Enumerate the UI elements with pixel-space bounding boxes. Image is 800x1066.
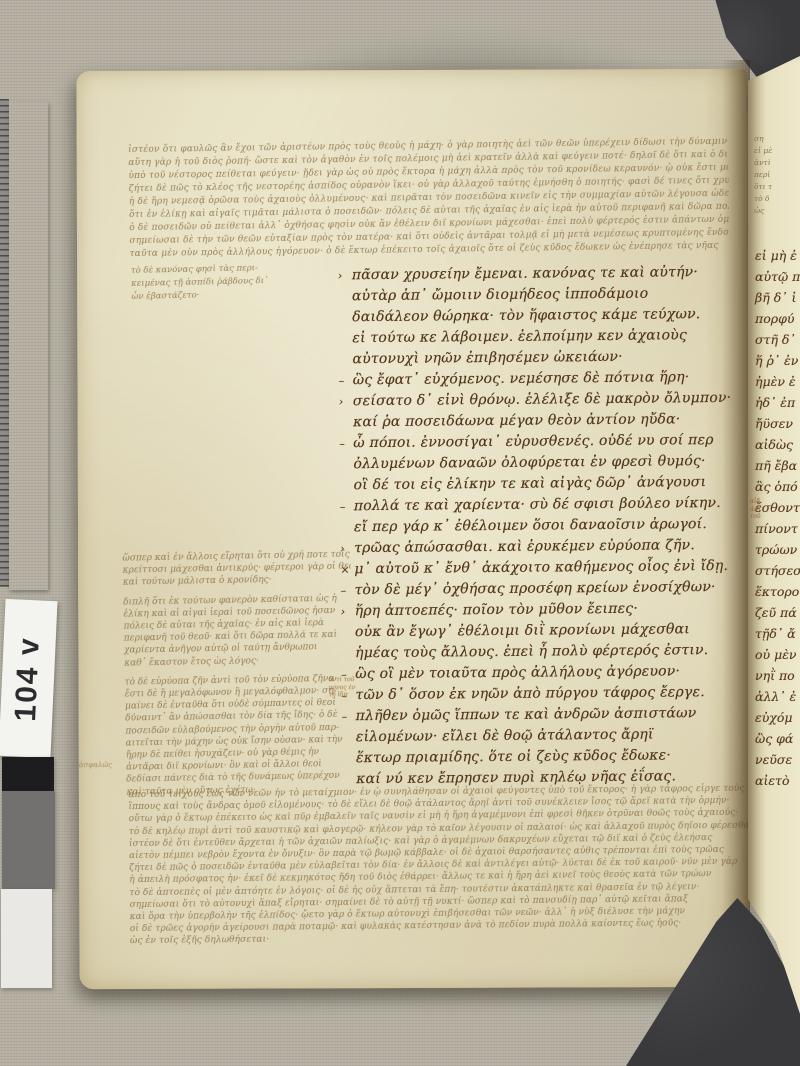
main-text-line: ›σείσατο δ᾽ εἰνὶ θρόνῳ. ἐλέλιξε δὲ μακρὸ… bbox=[339, 388, 743, 413]
color-calibration-bar bbox=[9, 102, 48, 590]
color-patch bbox=[9, 526, 48, 590]
line-text: δαιδάλεον θώρηκα· τὸν ἥφαιστος κάμε τεύχ… bbox=[352, 306, 700, 325]
left-margin-scholia: ὥσπερ καὶ ἐν ἄλλοις εἴρηται ὅτι οὐ χρή π… bbox=[122, 549, 354, 806]
line-fragment: ἥ ῥ᾽ ἐν bbox=[755, 350, 800, 371]
line-text: οἳ δέ τοι εἰς ἑλίκην τε καὶ αἰγὰς δῶρ᾽ ἀ… bbox=[354, 474, 707, 493]
line-text: αὐτὰρ ἀπ᾽ ὤμοιιν διομήδεος ἱπποδάμοιο bbox=[352, 286, 649, 305]
line-text: ὀλλυμένων δαναῶν ὀλοφύρεται ἐν φρεσὶ θυμ… bbox=[353, 453, 705, 472]
gloss-fragment: αἰδ bbox=[750, 498, 761, 506]
line-marker: › bbox=[339, 391, 353, 412]
facing-page-scholia-fragments: σηεἰ μὲἀντὶπερὶὅτι ττὸ δὡς bbox=[754, 133, 772, 217]
folio-label-text: 104 v bbox=[9, 635, 47, 722]
line-fragment: βῆ δ᾽ ἰ bbox=[755, 287, 800, 308]
line-fragment: ἠμὲν ἐ bbox=[755, 371, 800, 392]
line-marker: – bbox=[339, 433, 353, 454]
line-fragment: ἔσθοντ bbox=[755, 497, 800, 518]
scholia-paragraph: διπλῆ ὅτι ἐκ τούτων φανερὸν καθίσταται ὡ… bbox=[123, 592, 352, 669]
color-patch bbox=[9, 155, 48, 208]
line-fragment: αἰετὸ bbox=[755, 770, 800, 791]
line-fragment: ἕκτορο bbox=[755, 581, 800, 602]
line-fragment: ὣς φά bbox=[755, 728, 800, 749]
line-fragment: νεῦσε bbox=[755, 749, 800, 770]
line-fragment: τρώων bbox=[755, 539, 800, 560]
line-fragment: ζεῦ πά bbox=[755, 602, 800, 623]
main-text-line: –τὸν δὲ μέγ᾽ ὀχθήσας προσέφη κρείων ἐνοσ… bbox=[340, 577, 744, 602]
main-text-line: εἰ τούτω κε λάβοιμεν. ἐελποίμην κεν ἀχαι… bbox=[338, 325, 742, 350]
line-fragment: πορφύ bbox=[755, 308, 800, 329]
line-text: εἴ περ γάρ κ᾽ ἐθέλοιμεν ὅσοι δαναοῖσιν ἀ… bbox=[354, 516, 707, 535]
main-text-line: –πλῆθεν ὁμῶς ἵππων τε καὶ ἀνδρῶν ἀσπιστά… bbox=[342, 703, 746, 728]
main-text-line: ›πᾶσαν χρυσείην ἔμεναι. κανόνας τε καὶ α… bbox=[338, 262, 742, 287]
line-text: εἰλομένων· εἴλει δὲ θοῷ ἀτάλαντος ἄρηϊ bbox=[356, 727, 654, 746]
gloss-line: μόνος ἐν bbox=[329, 684, 373, 692]
line-text: σείσατο δ᾽ εἰνὶ θρόνῳ. ἐλέλιξε δὲ μακρὸν… bbox=[353, 390, 732, 409]
gloss-line: τῇ ἴδῃ· bbox=[329, 691, 373, 699]
scholia-paragraph: τὸ δὲ εὐρύοπα ζῆν ἀντὶ τοῦ τὸν εὐρύοπα ζ… bbox=[124, 672, 354, 798]
line-text: πᾶσαν χρυσείην ἔμεναι. κανόνας τε καὶ αὐ… bbox=[352, 264, 698, 283]
manuscript-photo: 104 v ἰστέον ὅτι φαυλῶς ἂν ἔχοι τῶν ἀρισ… bbox=[0, 0, 800, 1066]
color-patch bbox=[9, 367, 48, 420]
scholia-fragment: ἀντὶ bbox=[754, 157, 772, 169]
line-fragment: εἰ μὴ ἐ bbox=[755, 245, 800, 266]
bottom-scholia: ἀπὸ τοῦ τείχους ἕως τῶν νεῶν ἦν τὸ μεταί… bbox=[128, 783, 752, 948]
scholia-fragment: ση bbox=[754, 133, 772, 145]
line-text: καί ῥα ποσειδάωνα μέγαν θεὸν ἀντίον ηὔδα… bbox=[353, 411, 680, 430]
line-fragment: στῆ δ᾽ bbox=[755, 329, 800, 350]
line-text: εἰ τούτω κε λάβοιμεν. ἐελποίμην κεν ἀχαι… bbox=[352, 327, 687, 346]
line-fragment: αὐτῷ π bbox=[755, 266, 800, 287]
line-fragment: πῆ ἔβα bbox=[755, 455, 800, 476]
color-patch bbox=[9, 208, 48, 261]
line-text: τὸν δὲ μέγ᾽ ὀχθήσας προσέφη κρείων ἐνοσί… bbox=[354, 579, 715, 598]
gutter-shadow bbox=[722, 60, 750, 995]
line-text: αὐτονυχὶ νηῶν ἐπιβησέμεν ὠκειάων· bbox=[352, 349, 622, 367]
grayscale-patch-black bbox=[2, 757, 54, 791]
grayscale-patch-gray bbox=[2, 791, 55, 889]
line-text: οὐκ ἂν ἔγωγ᾽ ἐθέλοιμι διῒ κρονίωνι μάχεσ… bbox=[355, 621, 690, 640]
main-text-line: ἡμέας τοὺς ἄλλους. ἐπεὶ ἦ πολὺ φέρτερός … bbox=[341, 640, 745, 665]
color-patch bbox=[9, 420, 48, 473]
line-marker: – bbox=[340, 496, 354, 517]
scholia-fragment: εἰ μὲ bbox=[754, 145, 772, 157]
facing-page-edge: σηεἰ μὲἀντὶπερὶὅτι ττὸ δὡς εἰ μὴ ἐαὐτῷ π… bbox=[748, 56, 800, 1014]
facing-page-line-fragments: εἰ μὴ ἐαὐτῷ πβῆ δ᾽ ἰπορφύστῆ δ᾽ἥ ῥ᾽ ἐνἠμ… bbox=[755, 245, 800, 791]
line-fragment: τῇδ᾽ ἄ bbox=[755, 623, 800, 644]
scholia-fragment: ὡς bbox=[754, 205, 772, 217]
line-text: ἡμέας τοὺς ἄλλους. ἐπεὶ ἦ πολὺ φέρτερός … bbox=[355, 642, 708, 661]
scholia-fragment: ὅτι τ bbox=[754, 181, 772, 193]
line-text: τῶν δ᾽ ὅσον ἐκ νηῶν ἀπὸ πύργου τάφρος ἔε… bbox=[355, 684, 705, 703]
scholia-paragraph: ὥσπερ καὶ ἐν ἄλλοις εἴρηται ὅτι οὐ χρή π… bbox=[122, 549, 351, 590]
line-fragment: νηῒ πο bbox=[755, 665, 800, 686]
color-patch bbox=[9, 261, 48, 314]
margin-gloss: ἀντὶ τοῦμόνος ἐντῇ ἴδῃ· bbox=[329, 676, 373, 699]
line-marker: – bbox=[339, 370, 353, 391]
ruler-strip bbox=[0, 99, 9, 587]
interlinear-note: τὸ δὲ κανόνας φησὶ τὰς περι-κειμένας τῇ … bbox=[131, 260, 354, 304]
line-text: ἕκτωρ πριαμίδης. ὅτε οἱ ζεὺς κῦδος ἔδωκε… bbox=[356, 747, 671, 766]
line-fragment: εὐχόμ bbox=[755, 707, 800, 728]
line-fragment: ἤϋσεν bbox=[755, 413, 800, 434]
color-patch bbox=[9, 314, 48, 367]
scholia-fragment: τὸ δ bbox=[754, 193, 772, 205]
line-fragment: ἃς ὁπό bbox=[755, 476, 800, 497]
scholia-line: καὶ τούτων μάλιστα ὁ κρονίδης· bbox=[123, 573, 351, 589]
gloss-line: ἀντὶ τοῦ bbox=[329, 676, 373, 684]
color-patch bbox=[9, 473, 48, 526]
line-fragment: ἀλλ᾽ ἐ bbox=[755, 686, 800, 707]
gloss-fragment: τοῦ bbox=[750, 513, 761, 521]
grayscale-patch-white bbox=[1, 889, 52, 988]
line-text: ὣς οἳ μὲν τοιαῦτα πρὸς ἀλλήλους ἀγόρευον… bbox=[355, 663, 680, 682]
line-fragment: αἰδὼς bbox=[755, 434, 800, 455]
line-text: πολλά τε καὶ χαρίεντα· σὺ δέ σφισι βούλε… bbox=[354, 495, 721, 514]
line-text: ὣς ἔφατ᾽ εὐχόμενος. νεμέσησε δὲ πότνια ἥ… bbox=[353, 369, 690, 388]
manuscript-page-verso: ἰστέον ὅτι φαυλῶς ἂν ἔχοι τῶν ἀριστέων π… bbox=[76, 69, 749, 989]
facing-page-gloss-fragments: αἰδἀνττοῦ bbox=[750, 498, 761, 521]
top-scholia: ἰστέον ὅτι φαυλῶς ἂν ἔχοι τῶν ἀριστέων π… bbox=[128, 136, 730, 261]
line-text: μ᾽ αὐτοῦ κ᾽ ἔνθ᾽ ἀκάχοιτο καθήμενος οἶος… bbox=[354, 558, 728, 577]
line-text: τρῶας ἀπώσασθαι. καὶ ἐρυκέμεν εὐρύοπα ζῆ… bbox=[354, 537, 695, 556]
line-fragment: οὐ μὲν bbox=[755, 644, 800, 665]
gloss-fragment: ἀντ bbox=[750, 506, 761, 514]
color-patch bbox=[9, 102, 48, 155]
line-text: ὦ πόποι. ἐννοσίγαι᾽ εὐρυσθενές. οὐδέ νυ … bbox=[353, 432, 714, 451]
line-marker: › bbox=[338, 265, 352, 286]
main-text-block: ›πᾶσαν χρυσείην ἔμεναι. κανόνας τε καὶ α… bbox=[338, 262, 747, 791]
line-text: πλῆθεν ὁμῶς ἵππων τε καὶ ἀνδρῶν ἀσπιστάω… bbox=[356, 705, 697, 724]
scholia-fragment: περὶ bbox=[754, 169, 772, 181]
line-fragment: πίνοντ bbox=[755, 518, 800, 539]
far-left-margin-note: ἀσφαλῶς bbox=[79, 761, 112, 769]
folio-label: 104 v bbox=[0, 599, 58, 758]
line-text: ἥρη ἀπτοεπές· ποῖον τὸν μῦθον ἔειπες· bbox=[355, 601, 638, 619]
line-fragment: ἠδ᾽ ἐπ bbox=[755, 392, 800, 413]
line-fragment: στήσεσ bbox=[755, 560, 800, 581]
